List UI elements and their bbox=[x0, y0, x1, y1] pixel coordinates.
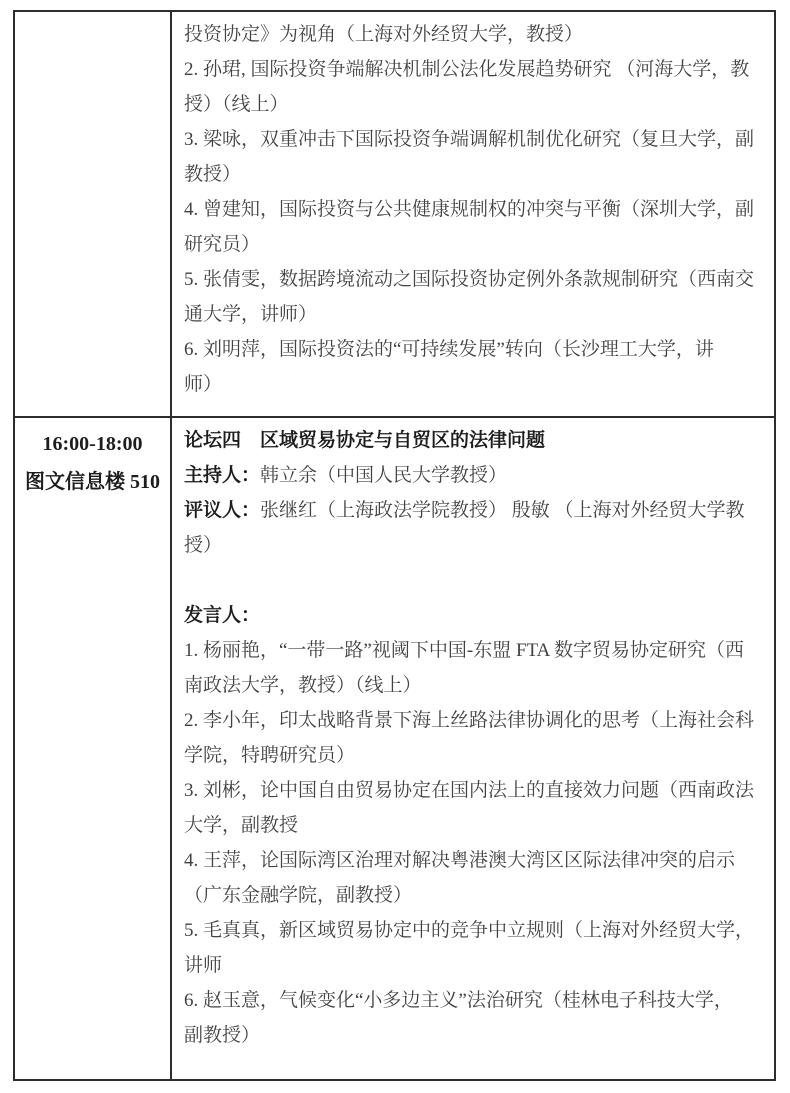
session-text: 2. 李小年，印太战略背景下海上丝路法律协调化的思考（上海社会科 bbox=[184, 710, 754, 731]
session-line: 副教授） bbox=[184, 1018, 768, 1053]
session-line: 论坛四 区域贸易协定与自贸区的法律问题 bbox=[184, 423, 768, 458]
session-time: 16:00-18:00 bbox=[15, 425, 170, 463]
session-line: 2. 李小年，印太战略背景下海上丝路法律协调化的思考（上海社会科 bbox=[184, 703, 768, 738]
session-line: 4. 王萍，论国际湾区治理对解决粤港澳大湾区区际法律冲突的启示 bbox=[184, 843, 768, 878]
session-label-bold: 主持人： bbox=[184, 465, 260, 486]
session-text: 3. 梁咏，双重冲击下国际投资争端调解机制优化研究（复旦大学，副 bbox=[184, 129, 754, 150]
session-text: 4. 王萍，论国际湾区治理对解决粤港澳大湾区区际法律冲突的启示 bbox=[184, 850, 735, 871]
session-text: 师） bbox=[184, 374, 222, 395]
forum3-continued-row: 投资协定》为视角（上海对外经贸大学，教授）2. 孙珺, 国际投资争端解决机制公法… bbox=[15, 12, 774, 416]
session-line: 2. 孙珺, 国际投资争端解决机制公法化发展趋势研究 （河海大学，教 bbox=[184, 52, 768, 87]
session-line: 授）（线上） bbox=[184, 87, 768, 122]
session-line: 研究员） bbox=[184, 227, 768, 262]
session-line: 3. 梁咏，双重冲击下国际投资争端调解机制优化研究（复旦大学，副 bbox=[184, 122, 768, 157]
session-text: 副教授） bbox=[184, 1025, 260, 1046]
session-line: 5. 毛真真，新区域贸易协定中的竞争中立规则（上海对外经贸大学， bbox=[184, 913, 768, 948]
session-text: 授）（线上） bbox=[184, 94, 289, 115]
session-line: 大学，副教授 bbox=[184, 808, 768, 843]
session-text: 投资协定》为视角（上海对外经贸大学，教授） bbox=[184, 24, 583, 45]
session-text: 通大学，讲师） bbox=[184, 304, 317, 325]
session-label-bold: 发言人： bbox=[184, 605, 260, 626]
session-text: （广东金融学院，副教授） bbox=[184, 885, 412, 906]
session-text: 授） bbox=[184, 535, 222, 556]
session-text: 1. 杨丽艳，“一带一路”视阈下中国-东盟 FTA 数字贸易协定研究（西 bbox=[184, 640, 744, 661]
session-label-bold: 评议人： bbox=[184, 500, 260, 521]
session-text: 6. 刘明萍，国际投资法的“可持续发展”转向（长沙理工大学，讲 bbox=[184, 339, 714, 360]
time-location-cell bbox=[15, 12, 172, 416]
session-text: 3. 刘彬，论中国自由贸易协定在国内法上的直接效力问题（西南政法 bbox=[184, 780, 754, 801]
session-text: 张继红（上海政法学院教授） 殷敏 （上海对外经贸大学教 bbox=[260, 500, 745, 521]
session-line: 发言人： bbox=[184, 598, 768, 633]
time-location-cell: 16:00-18:00图文信息楼 510 bbox=[15, 418, 172, 1079]
session-text: 南政法大学，教授）（线上） bbox=[184, 675, 422, 696]
session-text: 讲师 bbox=[184, 955, 222, 976]
session-label-bold: 论坛四 区域贸易协定与自贸区的法律问题 bbox=[184, 430, 545, 451]
session-text: 2. 孙珺, 国际投资争端解决机制公法化发展趋势研究 （河海大学，教 bbox=[184, 59, 749, 80]
session-text: 大学，副教授 bbox=[184, 815, 298, 836]
session-line: 授） bbox=[184, 528, 768, 563]
forum4-row: 16:00-18:00图文信息楼 510论坛四 区域贸易协定与自贸区的法律问题主… bbox=[15, 416, 774, 1079]
session-text: 5. 张倩雯，数据跨境流动之国际投资协定例外条款规制研究（西南交 bbox=[184, 269, 754, 290]
session-line: 通大学，讲师） bbox=[184, 297, 768, 332]
session-text: 6. 赵玉意，气候变化“小多边主义”法治研究（桂林电子科技大学， bbox=[184, 990, 733, 1011]
session-text: 学院，特聘研究员） bbox=[184, 745, 355, 766]
session-line: 学院，特聘研究员） bbox=[184, 738, 768, 773]
session-line: （广东金融学院，副教授） bbox=[184, 878, 768, 913]
session-detail-cell: 投资协定》为视角（上海对外经贸大学，教授）2. 孙珺, 国际投资争端解决机制公法… bbox=[172, 12, 774, 416]
session-line: 评议人：张继红（上海政法学院教授） 殷敏 （上海对外经贸大学教 bbox=[184, 493, 768, 528]
session-location: 图文信息楼 510 bbox=[15, 463, 170, 501]
session-line: 6. 刘明萍，国际投资法的“可持续发展”转向（长沙理工大学，讲 bbox=[184, 332, 768, 367]
session-line: 4. 曾建知，国际投资与公共健康规制权的冲突与平衡（深圳大学，副 bbox=[184, 192, 768, 227]
session-detail-cell: 论坛四 区域贸易协定与自贸区的法律问题主持人：韩立余（中国人民大学教授）评议人：… bbox=[172, 418, 774, 1079]
session-line bbox=[184, 563, 768, 598]
session-text: 5. 毛真真，新区域贸易协定中的竞争中立规则（上海对外经贸大学， bbox=[184, 920, 754, 941]
session-text: 教授） bbox=[184, 164, 241, 185]
session-text: 研究员） bbox=[184, 234, 260, 255]
session-line: 1. 杨丽艳，“一带一路”视阈下中国-东盟 FTA 数字贸易协定研究（西 bbox=[184, 633, 768, 668]
session-line: 投资协定》为视角（上海对外经贸大学，教授） bbox=[184, 17, 768, 52]
session-line: 南政法大学，教授）（线上） bbox=[184, 668, 768, 703]
session-line: 主持人：韩立余（中国人民大学教授） bbox=[184, 458, 768, 493]
schedule-table: 投资协定》为视角（上海对外经贸大学，教授）2. 孙珺, 国际投资争端解决机制公法… bbox=[13, 10, 776, 1081]
session-text: 韩立余（中国人民大学教授） bbox=[260, 465, 507, 486]
session-line: 6. 赵玉意，气候变化“小多边主义”法治研究（桂林电子科技大学， bbox=[184, 983, 768, 1018]
session-line: 5. 张倩雯，数据跨境流动之国际投资协定例外条款规制研究（西南交 bbox=[184, 262, 768, 297]
session-line: 3. 刘彬，论中国自由贸易协定在国内法上的直接效力问题（西南政法 bbox=[184, 773, 768, 808]
session-text: 4. 曾建知，国际投资与公共健康规制权的冲突与平衡（深圳大学，副 bbox=[184, 199, 754, 220]
session-line: 师） bbox=[184, 367, 768, 402]
session-line: 教授） bbox=[184, 157, 768, 192]
session-line: 讲师 bbox=[184, 948, 768, 983]
